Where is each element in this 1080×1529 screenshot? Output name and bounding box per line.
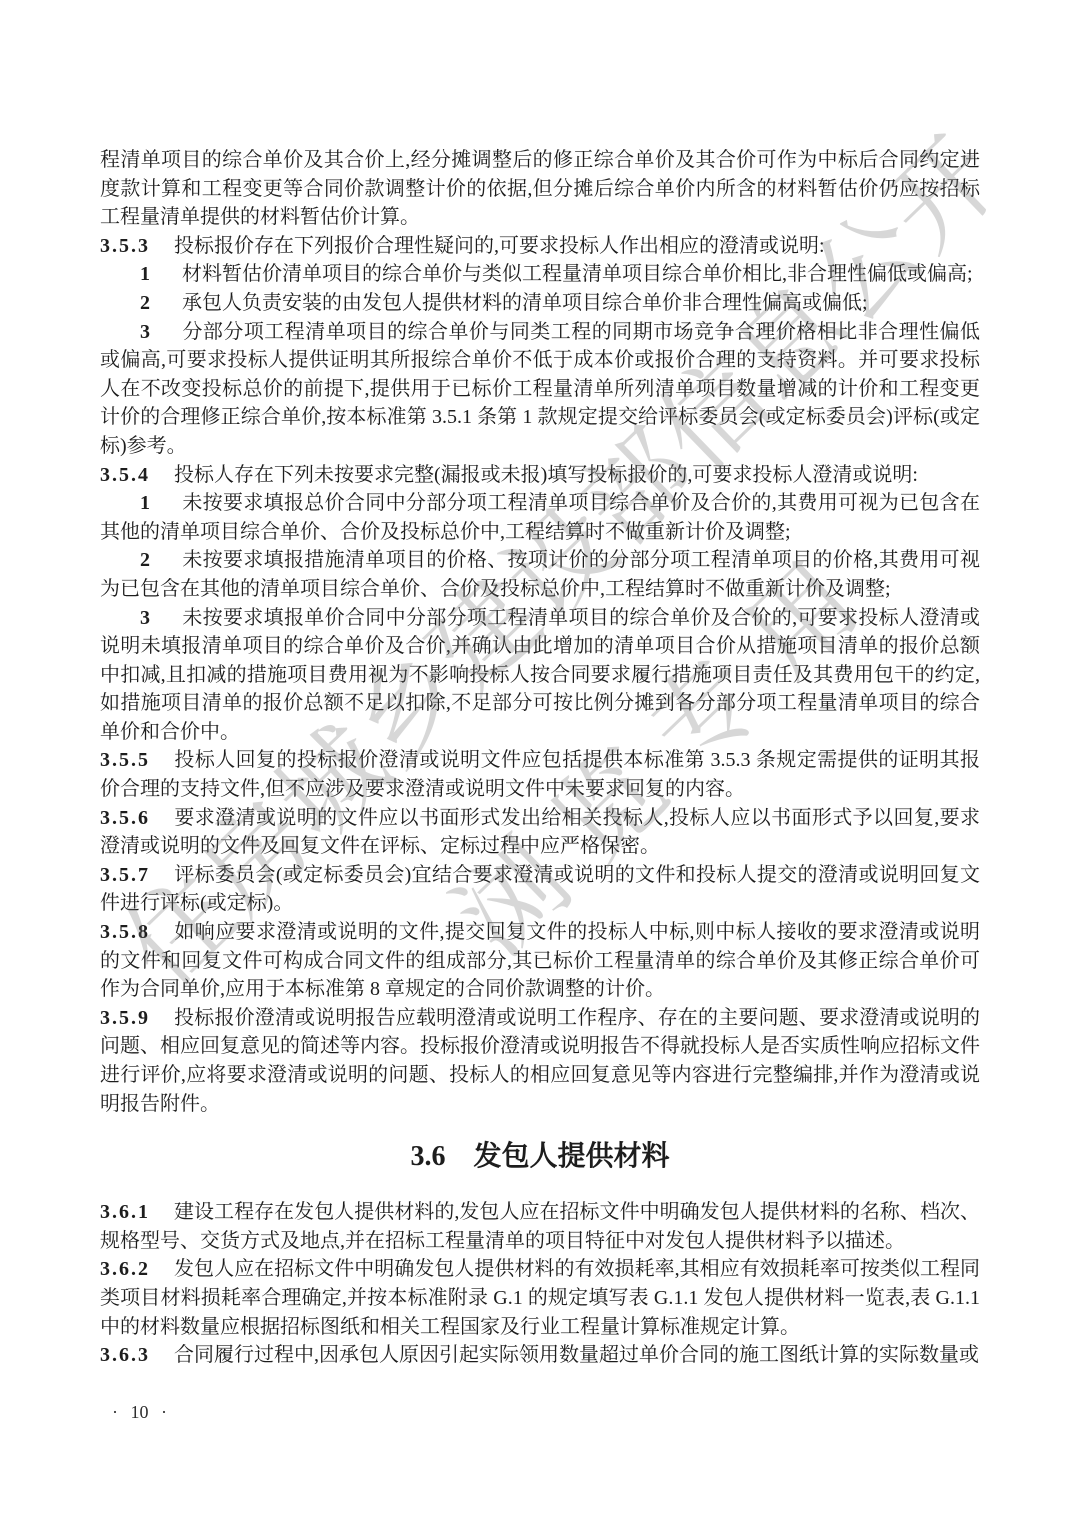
list-item-paragraph: 2未按要求填报措施清单项目的价格、按项计价的分部分项工程清单项目的价格,其费用可… [100,546,980,603]
item-number: 3 [140,321,152,343]
list-item-paragraph: 3分部分项工程清单项目的综合单价与同类工程的同期市场竞争合理价格相比非合理性偏低… [100,318,980,461]
clause-number: 3.5.8 [100,921,150,943]
section-number: 3.6 [410,1141,445,1172]
clause-paragraph: 3.5.6要求澄清或说明的文件应以书面形式发出给相关投标人,投标人应以书面形式予… [100,804,980,861]
item-number: 1 [140,263,152,285]
item-text: 材料暂估价清单项目的综合单价与类似工程量清单项目综合单价相比,非合理性偏低或偏高… [182,263,973,285]
item-text: 未按要求填报单价合同中分部分项工程清单项目的综合单价及合价的,可要求投标人澄清或… [100,607,980,743]
item-number: 3 [140,607,152,629]
clause-number: 3.5.3 [100,235,150,257]
clause-paragraph: 3.5.4投标人存在下列未按要求完整(漏报或未报)填写投标报价的,可要求投标人澄… [100,461,980,490]
item-text: 分部分项工程清单项目的综合单价与同类工程的同期市场竞争合理价格相比非合理性偏低或… [100,321,980,457]
page-content: 程清单项目的综合单价及其合价上,经分摊调整后的修正综合单价及其合价可作为中标后合… [100,146,980,1370]
list-item-paragraph: 2承包人负责安装的由发包人提供材料的清单项目综合单价非合理性偏高或偏低; [100,289,980,318]
clause-text: 投标报价澄清或说明报告应载明澄清或说明工作程序、存在的主要问题、要求澄清或说明的… [100,1007,980,1115]
continuation-paragraph: 程清单项目的综合单价及其合价上,经分摊调整后的修正综合单价及其合价可作为中标后合… [100,146,980,232]
clause-number: 3.5.5 [100,749,150,771]
list-item-paragraph: 1未按要求填报总价合同中分部分项工程清单项目综合单价及合价的,其费用可视为已包含… [100,489,980,546]
list-item-paragraph: 1材料暂估价清单项目的综合单价与类似工程量清单项目综合单价相比,非合理性偏低或偏… [100,260,980,289]
item-number: 2 [140,292,152,314]
section-title: 发包人提供材料 [473,1141,669,1172]
clause-number: 3.6.1 [100,1201,150,1223]
clause-number: 3.5.4 [100,464,150,486]
clause-text: 如响应要求澄清或说明的文件,提交回复文件的投标人中标,则中标人接收的要求澄清或说… [100,921,980,1000]
clause-text: 评标委员会(或定标委员会)宜结合要求澄清或说明的文件和投标人提交的澄清或说明回复… [100,864,980,915]
clause-paragraph: 3.6.3合同履行过程中,因承包人原因引起实际领用数量超过单价合同的施工图纸计算… [100,1341,980,1370]
clause-number: 3.6.3 [100,1344,150,1366]
clause-paragraph: 3.5.5投标人回复的投标报价澄清或说明文件应包括提供本标准第 3.5.3 条规… [100,746,980,803]
section-heading: 3.6发包人提供材料 [100,1140,980,1174]
item-number: 1 [140,492,152,514]
clause-text: 投标报价存在下列报价合理性疑问的,可要求投标人作出相应的澄清或说明: [174,235,825,257]
item-number: 2 [140,549,152,571]
clause-paragraph: 3.6.1建设工程存在发包人提供材料的,发包人应在招标文件中明确发包人提供材料的… [100,1198,980,1255]
clause-paragraph: 3.5.9投标报价澄清或说明报告应载明澄清或说明工作程序、存在的主要问题、要求澄… [100,1004,980,1118]
clause-number: 3.6.2 [100,1258,150,1280]
clause-text: 投标人存在下列未按要求完整(漏报或未报)填写投标报价的,可要求投标人澄清或说明: [174,464,918,486]
clause-paragraph: 3.6.2发包人应在招标文件中明确发包人提供材料的有效损耗率,其相应有效损耗率可… [100,1255,980,1341]
clause-paragraph: 3.5.3投标报价存在下列报价合理性疑问的,可要求投标人作出相应的澄清或说明: [100,232,980,261]
clause-text: 合同履行过程中,因承包人原因引起实际领用数量超过单价合同的施工图纸计算的实际数量… [174,1344,979,1366]
clause-text: 要求澄清或说明的文件应以书面形式发出给相关投标人,投标人应以书面形式予以回复,要… [100,807,980,858]
clause-number: 3.5.7 [100,864,150,886]
page-number: · 10 · [112,1402,167,1423]
list-item-paragraph: 3未按要求填报单价合同中分部分项工程清单项目的综合单价及合价的,可要求投标人澄清… [100,604,980,747]
clause-number: 3.5.9 [100,1007,150,1029]
clause-text: 建设工程存在发包人提供材料的,发包人应在招标文件中明确发包人提供材料的名称、档次… [100,1201,980,1252]
clause-text: 发包人应在招标文件中明确发包人提供材料的有效损耗率,其相应有效损耗率可按类似工程… [100,1258,980,1337]
clause-paragraph: 3.5.7评标委员会(或定标委员会)宜结合要求澄清或说明的文件和投标人提交的澄清… [100,861,980,918]
clause-text: 投标人回复的投标报价澄清或说明文件应包括提供本标准第 3.5.3 条规定需提供的… [100,749,980,800]
clause-number: 3.5.6 [100,807,150,829]
document-page: 程清单项目的综合单价及其合价上,经分摊调整后的修正综合单价及其合价可作为中标后合… [0,0,1080,1529]
item-text: 未按要求填报总价合同中分部分项工程清单项目综合单价及合价的,其费用可视为已包含在… [100,492,980,543]
item-text: 承包人负责安装的由发包人提供材料的清单项目综合单价非合理性偏高或偏低; [182,292,868,314]
clause-paragraph: 3.5.8如响应要求澄清或说明的文件,提交回复文件的投标人中标,则中标人接收的要… [100,918,980,1004]
item-text: 未按要求填报措施清单项目的价格、按项计价的分部分项工程清单项目的价格,其费用可视… [100,549,980,600]
